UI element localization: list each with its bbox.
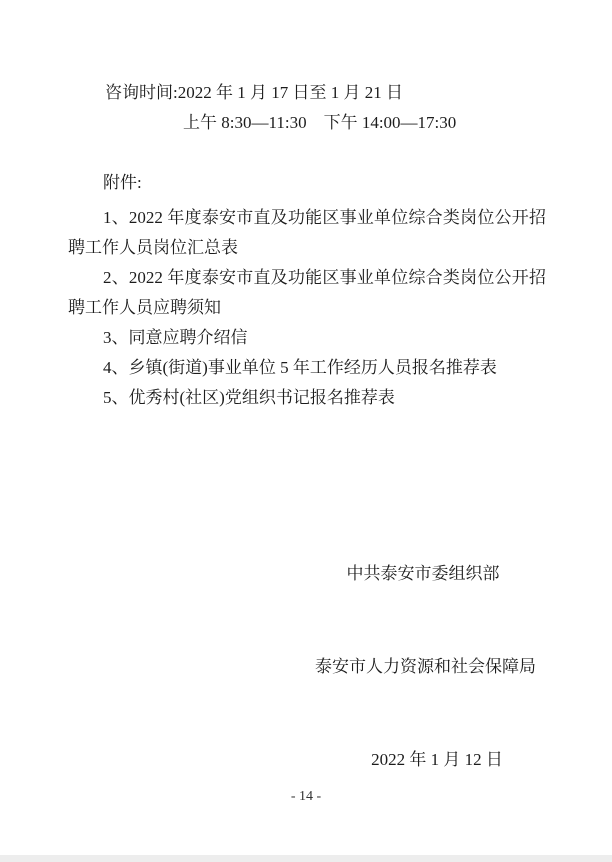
document-page: 咨询时间:2022 年 1 月 17 日至 1 月 21 日 上午 8:30—1… (0, 0, 612, 862)
page-number: - 14 - (0, 789, 612, 805)
document-body: 咨询时间:2022 年 1 月 17 日至 1 月 21 日 上午 8:30—1… (68, 78, 546, 413)
signature-date: 2022 年 1 月 12 日 (329, 744, 545, 775)
attachment-item-1: 1、2022 年度泰安市直及功能区事业单位综合类岗位公开招聘工作人员岗位汇总表 (68, 203, 546, 263)
signature-block: 中共泰安市委组织部 泰安市人力资源和社会保障局 2022 年 1 月 12 日 (315, 496, 531, 837)
signature-org-2: 泰安市人力资源和社会保障局 (315, 651, 531, 682)
attachment-item-4: 4、乡镇(街道)事业单位 5 年工作经历人员报名推荐表 (68, 353, 546, 383)
consult-time-line: 咨询时间:2022 年 1 月 17 日至 1 月 21 日 (68, 78, 546, 108)
scan-edge (0, 855, 612, 862)
office-hours-line: 上午 8:30—11:30 下午 14:00—17:30 (68, 108, 546, 138)
attachment-item-2: 2、2022 年度泰安市直及功能区事业单位综合类岗位公开招聘工作人员应聘须知 (68, 263, 546, 323)
attachments-label: 附件: (68, 168, 546, 198)
attachment-item-5: 5、优秀村(社区)党组织书记报名推荐表 (68, 383, 546, 413)
attachment-item-3: 3、同意应聘介绍信 (68, 323, 546, 353)
signature-org-1: 中共泰安市委组织部 (315, 558, 531, 589)
blank-line (68, 138, 546, 168)
attachments-list: 1、2022 年度泰安市直及功能区事业单位综合类岗位公开招聘工作人员岗位汇总表 … (68, 203, 546, 413)
